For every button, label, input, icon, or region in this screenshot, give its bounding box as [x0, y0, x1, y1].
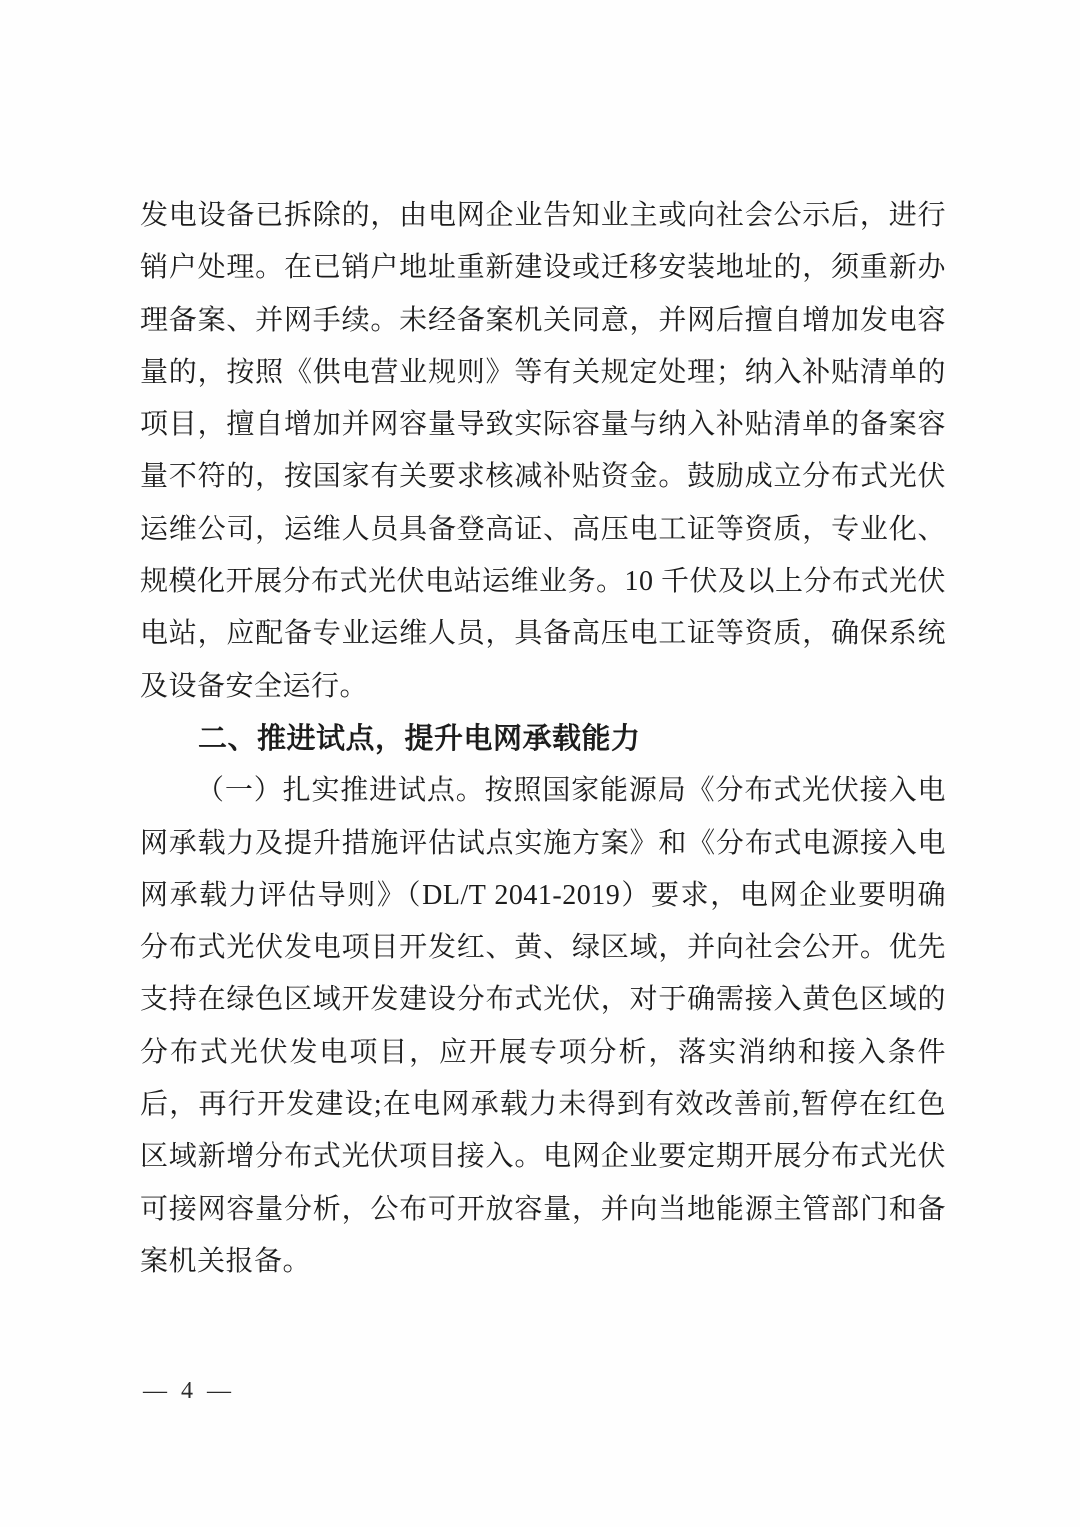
paragraph-continuation: 发电设备已拆除的，由电网企业告知业主或向社会公示后，进行销户处理。在已销户地址重… — [140, 190, 946, 713]
document-page: 发电设备已拆除的，由电网企业告知业主或向社会公示后，进行销户处理。在已销户地址重… — [0, 0, 1080, 1527]
section-heading-2: 二、推进试点，提升电网承载能力 — [140, 713, 946, 765]
paragraph-section-one: （一）扎实推进试点。按照国家能源局《分布式光伏接入电网承载力及提升措施评估试点实… — [140, 765, 946, 1288]
page-number: — 4 — — [143, 1378, 235, 1405]
page-content: 发电设备已拆除的，由电网企业告知业主或向社会公示后，进行销户处理。在已销户地址重… — [140, 190, 946, 1288]
